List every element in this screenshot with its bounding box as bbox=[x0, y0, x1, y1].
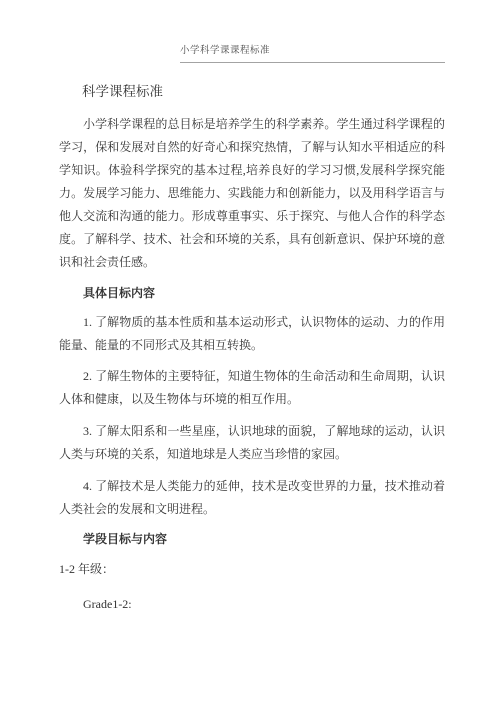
grade-label: 1-2 年级： bbox=[59, 558, 445, 581]
page-content: 小学科学课课程标准 科学课程标准 小学科学课程的总目标是培养学生的科学素养。学生… bbox=[0, 46, 500, 616]
document-page: 小学科学课课程标准 科学课程标准 小学科学课程的总目标是培养学生的科学素养。学生… bbox=[0, 0, 500, 707]
intro-paragraph: 小学科学课程的总目标是培养学生的科学素养。学生通过科学课程的学习，保和发展对自然… bbox=[59, 113, 445, 274]
objectives-heading: 具体目标内容 bbox=[59, 282, 445, 305]
objective-item-2: 2. 了解生物体的主要特征，知道生物体的生命活动和生命周期，认识人体和健康，以及… bbox=[59, 365, 445, 411]
stage-heading: 学段目标与内容 bbox=[59, 528, 445, 551]
page-header: 小学科学课课程标准 bbox=[180, 46, 445, 63]
document-title: 科学课程标准 bbox=[59, 83, 445, 100]
objective-item-4: 4. 了解技术是人类能力的延伸，技术是改变世界的力量，技术推动着人类社会的发展和… bbox=[59, 475, 445, 521]
page-header-title: 小学科学课课程标准 bbox=[180, 46, 270, 56]
objective-item-1: 1. 了解物质的基本性质和基本运动形式，认识物体的运动、力的作用能量、能量的不同… bbox=[59, 311, 445, 357]
grade-label-en: Grade1-2: bbox=[59, 593, 445, 616]
objective-item-3: 3. 了解太阳系和一些星座，认识地球的面貌，了解地球的运动，认识人类与环境的关系… bbox=[59, 420, 445, 466]
